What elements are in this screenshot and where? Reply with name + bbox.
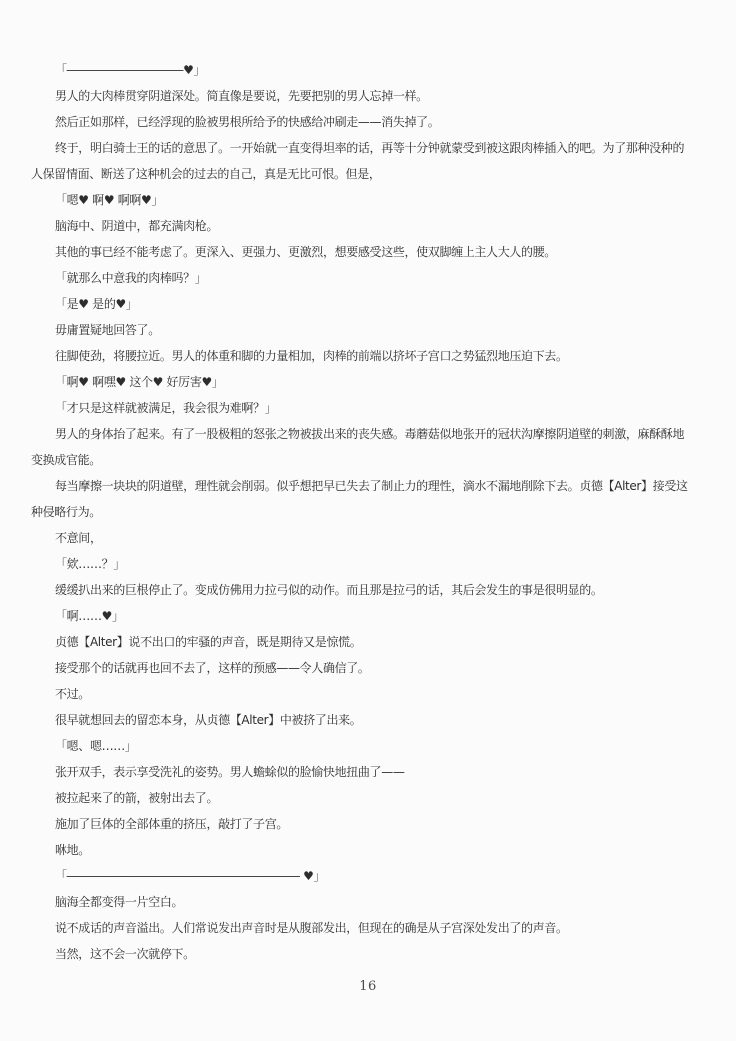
paragraph: 「啊♥ 啊嘿♥ 这个♥ 好厉害♥」 [31,369,695,395]
paragraph: 缓缓扒出来的巨根停止了。变成仿佛用力拉弓似的动作。而且那是拉弓的话，其后会发生的… [31,577,695,603]
paragraph: 终于，明白骑士王的话的意思了。一开始就一直变得坦率的话，再等十分钟就蒙受到被这跟… [31,135,695,187]
paragraph: 咻地。 [31,837,695,863]
paragraph: 贞德【Alter】说不出口的牢骚的声音，既是期待又是惊慌。 [31,629,695,655]
paragraph: 「欸……？」 [31,551,695,577]
paragraph: 男人的身体抬了起来。有了一股极粗的怒张之物被拔出来的丧失感。毒蘑菇似地张开的冠状… [31,421,695,473]
paragraph: 不过。 [31,681,695,707]
paragraph: 「是♥ 是的♥」 [31,291,695,317]
paragraph: 男人的大肉棒贯穿阴道深处。简直像是要说，先要把别的男人忘掉一样。 [31,83,695,109]
paragraph: 很早就想回去的留恋本身，从贞德【Alter】中被挤了出来。 [31,707,695,733]
paragraph: 「―――――――――――――――――――― ♥」 [31,863,695,889]
paragraph: 张开双手，表示享受洗礼的姿势。男人蟾蜍似的脸愉快地扭曲了—— [31,759,695,785]
paragraph: 脑海中、阴道中，都充满肉枪。 [31,213,695,239]
paragraph: 被拉起来了的箭，被射出去了。 [31,785,695,811]
paragraph: 「就那么中意我的肉棒吗？」 [31,265,695,291]
document-page: 「――――――――――♥」男人的大肉棒贯穿阴道深处。简直像是要说，先要把别的男人… [0,0,736,1041]
paragraph: 「――――――――――♥」 [31,57,695,83]
paragraph: 不意间， [31,525,695,551]
paragraph: 其他的事已经不能考虑了。更深入、更强力、更激烈，想要感受这些，使双脚缠上主人大人… [31,239,695,265]
paragraph: 「啊……♥」 [31,603,695,629]
paragraph: 然后正如那样，已经浮现的脸被男根所给予的快感给冲刷走——消失掉了。 [31,109,695,135]
paragraph: 「才只是这样就被满足，我会很为难啊？」 [31,395,695,421]
paragraph: 每当摩擦一块块的阴道壁，理性就会削弱。似乎想把早已失去了制止力的理性，滴水不漏地… [31,473,695,525]
paragraph: 施加了巨体的全部体重的挤压，敲打了子宫。 [31,811,695,837]
paragraph: 毋庸置疑地回答了。 [31,317,695,343]
paragraph: 当然，这不会一次就停下。 [31,941,695,967]
paragraph: 说不成话的声音溢出。人们常说发出声音时是从腹部发出，但现在的确是从子宫深处发出了… [31,915,695,941]
paragraph: 「嗯♥ 啊♥ 啊啊♥」 [31,187,695,213]
paragraph: 往脚使劲，将腰拉近。男人的体重和脚的力量相加，肉棒的前端以挤坏子宫口之势猛烈地压… [31,343,695,369]
paragraph: 接受那个的话就再也回不去了，这样的预感——令人确信了。 [31,655,695,681]
paragraph: 脑海全都变得一片空白。 [31,889,695,915]
page-number: 16 [0,979,736,994]
paragraph: 「嗯、嗯……」 [31,733,695,759]
body-text: 「――――――――――♥」男人的大肉棒贯穿阴道深处。简直像是要说，先要把别的男人… [31,57,695,967]
